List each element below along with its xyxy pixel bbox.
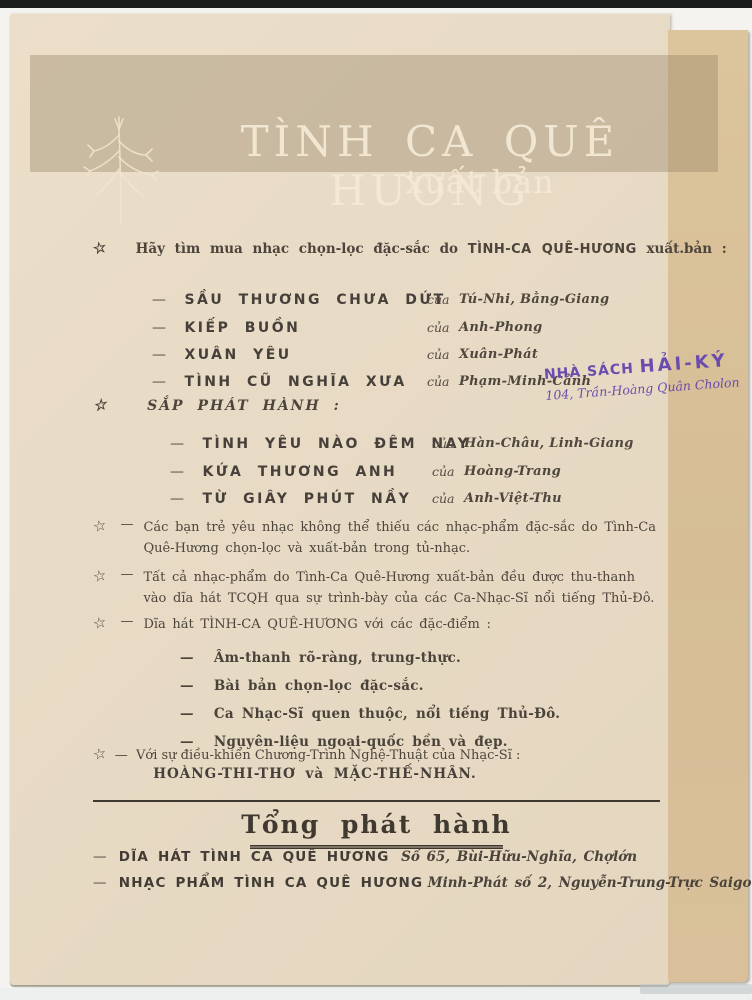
song-authors: Xuân-Phát — [459, 347, 538, 362]
byword: của — [432, 464, 455, 479]
byword: của — [427, 374, 450, 389]
underlying-page-edge — [668, 30, 748, 982]
distribution-label: NHẠC PHẨM TÌNH CA QUÊ HƯƠNG — [119, 875, 424, 891]
publisher-subtitle: xuất bản — [330, 163, 630, 201]
closing-line: ☆ — Với sự điều-khiển Chương-Trình Nghệ-… — [93, 745, 520, 763]
dash: — — [152, 292, 166, 308]
star-icon: ☆ — [91, 516, 108, 536]
song-authors: Hàn-Châu, Linh-Giang — [464, 436, 634, 451]
song-title: TÌNH CŨ NGHĨA XƯA — [184, 374, 406, 390]
feature-text: Âm-thanh rõ-ràng, trung-thực. — [214, 650, 461, 666]
song-row: — SẦU THƯƠNG CHƯA DỨT của Tú-Nhi, Bằng-G… — [152, 292, 446, 308]
dash: — — [170, 491, 184, 507]
feature-item: — Âm-thanh rõ-ràng, trung-thực. — [180, 650, 461, 666]
song-authors: Anh-Việt-Thu — [464, 491, 562, 506]
closing-text: Với sự điều-khiển Chương-Trình Nghệ-Thuậ… — [136, 748, 520, 763]
intro-text: Hãy tìm mua nhạc chọn-lọc đặc-sắc do — [136, 241, 458, 257]
star-icon: ☆ — [91, 238, 108, 258]
feature-text: Bài bản chọn-lọc đặc-sắc. — [214, 678, 424, 694]
song-title: SẦU THƯƠNG CHƯA DỨT — [184, 292, 445, 308]
byword: của — [432, 491, 455, 506]
scan-top-edge — [0, 0, 752, 8]
note-text: Dĩa hát TÌNH-CA QUÊ-HƯƠNG với các đặc-đi… — [143, 614, 661, 635]
feature-item: — Bài bản chọn-lọc đặc-sắc. — [180, 678, 424, 694]
star-icon: ☆ — [91, 566, 108, 586]
upcoming-heading-text: SẮP PHÁT HÀNH : — [147, 398, 341, 414]
song-row: — KIẾP BUỒN của Anh-Phong — [152, 320, 300, 336]
song-title: XUÂN YÊU — [184, 347, 291, 363]
publisher-brand-inline: TÌNH-CA QUÊ-HƯƠNG — [468, 242, 637, 257]
song-title: KỨA THƯƠNG ANH — [202, 464, 397, 480]
byword: của — [432, 436, 455, 451]
feature-text: Ca Nhạc-Sĩ quen thuộc, nổi tiếng Thủ-Đô. — [214, 706, 560, 722]
song-authors: Anh-Phong — [459, 320, 543, 335]
distribution-row: — NHẠC PHẨM TÌNH CA QUÊ HƯƠNG Minh-Phát … — [93, 875, 752, 891]
song-authors: Hoàng-Trang — [464, 464, 561, 479]
page-shadow — [640, 984, 752, 994]
note-text: Các bạn trẻ yêu nhạc không thể thiếu các… — [143, 517, 661, 560]
stamp-shop: NHÀ SÁCH — [543, 361, 634, 383]
dash: — — [120, 567, 133, 582]
song-title: KIẾP BUỒN — [184, 320, 300, 336]
dash: — — [120, 517, 133, 532]
divider-rule — [93, 800, 660, 802]
dash: — — [170, 436, 184, 452]
dash: — — [115, 748, 128, 763]
dash: — — [180, 678, 194, 694]
note-paragraph: ☆ — Dĩa hát TÌNH-CA QUÊ-HƯƠNG với các đặ… — [93, 614, 663, 635]
closing-artists: HOÀNG-THI-THƠ và MẶC-THẾ-NHÂN. — [95, 766, 535, 782]
song-authors: Tú-Nhi, Bằng-Giang — [459, 292, 609, 307]
dash: — — [152, 374, 166, 390]
intro-line: ☆ Hãy tìm mua nhạc chọn-lọc đặc-sắc do T… — [93, 239, 727, 257]
note-text: Tất cả nhạc-phẩm do Tình-Ca Quê-Hương xu… — [143, 567, 661, 610]
song-row: — TÌNH CŨ NGHĨA XƯA của Phạm-Minh-Cảnh — [152, 374, 407, 390]
dash: — — [170, 464, 184, 480]
distribution-address: Minh-Phát số 2, Nguyễn-Trung-Trực Saigon — [428, 875, 752, 891]
dash: — — [93, 849, 107, 865]
distribution-row: — DĨA HÁT TÌNH CA QUÊ HƯƠNG Số 65, Bùi-H… — [93, 849, 637, 865]
dash: — — [180, 650, 194, 666]
note-paragraph: ☆ — Tất cả nhạc-phẩm do Tình-Ca Quê-Hươn… — [93, 567, 663, 610]
byword: của — [427, 347, 450, 362]
dash: — — [152, 320, 166, 336]
distribution-label: DĨA HÁT TÌNH CA QUÊ HƯƠNG — [119, 849, 397, 865]
publisher-banner: TÌNH CA QUÊ HƯƠNG xuất bản — [30, 55, 718, 172]
wheat-sheaf-icon — [82, 115, 160, 229]
star-icon: ☆ — [91, 744, 108, 764]
song-row: — TỪ GIÂY PHÚT NẦY của Anh-Việt-Thu — [170, 491, 411, 507]
byword: của — [427, 292, 450, 307]
song-row: — KỨA THƯƠNG ANH của Hoàng-Trang — [170, 464, 397, 480]
song-row: — XUÂN YÊU của Xuân-Phát — [152, 347, 292, 363]
star-icon: ☆ — [91, 613, 108, 633]
byword: của — [427, 320, 450, 335]
dash: — — [120, 614, 133, 629]
dash: — — [93, 875, 107, 891]
song-title: TỪ GIÂY PHÚT NẦY — [202, 491, 411, 507]
dash: — — [180, 706, 194, 722]
distribution-heading: Tổng phát hành — [93, 810, 660, 839]
feature-item: — Ca Nhạc-Sĩ quen thuộc, nổi tiếng Thủ-Đ… — [180, 706, 560, 722]
dash: — — [152, 347, 166, 363]
scanned-sheet-music-back-cover: TÌNH CA QUÊ HƯƠNG xuất bản ☆ Hãy tìm mua… — [0, 0, 752, 1000]
upcoming-heading: ☆ SẮP PHÁT HÀNH : — [93, 396, 341, 414]
song-row: — TÌNH YÊU NÀO ĐÊM NAY của Hàn-Châu, Lin… — [170, 436, 470, 452]
intro-suffix: xuất.bản : — [646, 241, 726, 257]
note-paragraph: ☆ — Các bạn trẻ yêu nhạc không thể thiếu… — [93, 517, 663, 560]
star-icon: ☆ — [91, 395, 110, 416]
distribution-address: Số 65, Bùi-Hữu-Nghĩa, Chợlớn — [401, 849, 637, 865]
song-title: TÌNH YÊU NÀO ĐÊM NAY — [202, 436, 470, 452]
